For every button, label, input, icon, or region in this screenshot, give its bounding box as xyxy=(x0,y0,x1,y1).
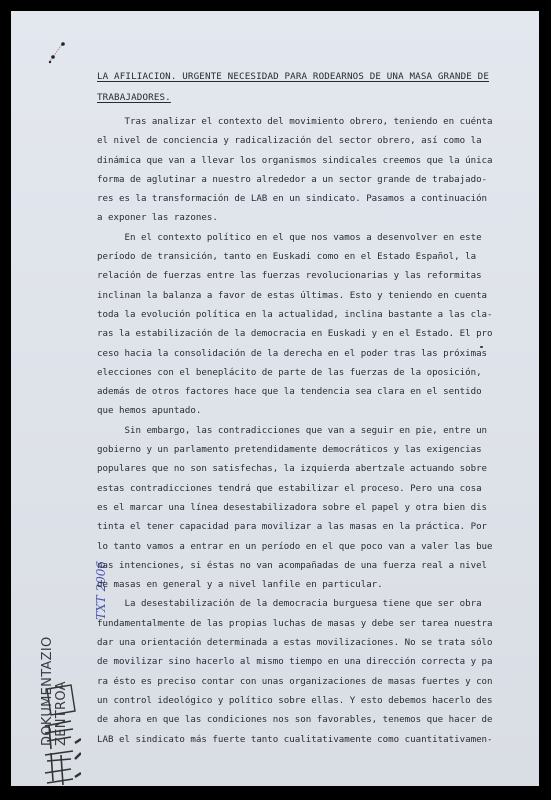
archive-stamp: DOKUMENTAZIO ZENTROA TXT 2006 xyxy=(41,561,101,800)
text-line: período de transición, tanto en Euskadi … xyxy=(97,248,517,267)
text-line: res es la transformación de LAB en un si… xyxy=(97,190,517,209)
text-line: además de otros factores hace que la ten… xyxy=(97,383,517,402)
text-line: ra ésto es preciso contar con unas organ… xyxy=(97,673,517,692)
paragraph-4: La desestabilización de la democracia bu… xyxy=(97,595,517,749)
text-line: LAB el sindicato más fuerte tanto cualit… xyxy=(97,731,517,750)
lab-archive-logo-icon xyxy=(41,681,81,791)
text-line: ceso hacia la consolidación de la derech… xyxy=(97,345,517,364)
text-line: es el marcar una línea desestabilizadora… xyxy=(97,499,517,518)
text-line: inclinan la balanza a favor de estas últ… xyxy=(97,287,517,306)
text-line: elecciones con el beneplácito de parte d… xyxy=(97,364,517,383)
document-body: Tras analizar el contexto del movimiento… xyxy=(97,113,517,750)
document-title: LA AFILIACION. URGENTE NECESIDAD PARA RO… xyxy=(97,66,517,108)
text-line: a exponer las razones. xyxy=(97,209,517,228)
text-line: gobierno y un parlamento pretendidamente… xyxy=(97,441,517,460)
text-line: de ahora en que las condiciones nos son … xyxy=(97,711,517,730)
paragraph-1: Tras analizar el contexto del movimiento… xyxy=(97,113,517,229)
text-line: dinámica que van a llevar los organismos… xyxy=(97,152,517,171)
text-line: que hemos apuntado. xyxy=(97,402,517,421)
text-line: forma de aglutinar a nuestro alrededor a… xyxy=(97,171,517,190)
text-line: fundamentalmente de las propias luchas d… xyxy=(97,615,517,634)
pen-mark-icon xyxy=(45,41,67,69)
title-line-1: LA AFILIACION. URGENTE NECESIDAD PARA RO… xyxy=(97,71,489,82)
paragraph-2: En el contexto político en el que nos va… xyxy=(97,229,517,422)
paragraph-3: Sin embargo, las contradicciones que van… xyxy=(97,422,517,596)
text-line: ras la estabilización de la democracia e… xyxy=(97,325,517,344)
text-line: estas contradicciones tendrá que estabil… xyxy=(97,480,517,499)
text-line: toda la evolución política en la actuali… xyxy=(97,306,517,325)
title-line-2: TRABAJADORES. xyxy=(97,92,171,103)
text-line: Tras analizar el contexto del movimiento… xyxy=(97,113,517,132)
text-line: relación de fuerzas entre las fuerzas re… xyxy=(97,267,517,286)
text-line: En el contexto político en el que nos va… xyxy=(97,229,517,248)
text-line: populares que no son satisfechas, la izq… xyxy=(97,460,517,479)
text-line: tinta el tener capacidad para movilizar … xyxy=(97,518,517,537)
text-line: de movilizar sino hacerlo al mismo tiemp… xyxy=(97,653,517,672)
text-line: el nivel de conciencia y radicalización … xyxy=(97,132,517,151)
text-line: lo tanto vamos a entrar en un período en… xyxy=(97,538,517,557)
text-line: dar una orientación determinada a estas … xyxy=(97,634,517,653)
text-line: Sin embargo, las contradicciones que van… xyxy=(97,422,517,441)
text-line: de masas en general y a nivel lanfile en… xyxy=(97,576,517,595)
text-line: un control ideológico y político sobre e… xyxy=(97,692,517,711)
text-line: nas intenciones, si éstas no van acompañ… xyxy=(97,557,517,576)
document-page: DOKUMENTAZIO ZENTROA TXT 2006 LA AFILIAC… xyxy=(11,11,539,786)
text-line: La desestabilización de la democracia bu… xyxy=(97,595,517,614)
